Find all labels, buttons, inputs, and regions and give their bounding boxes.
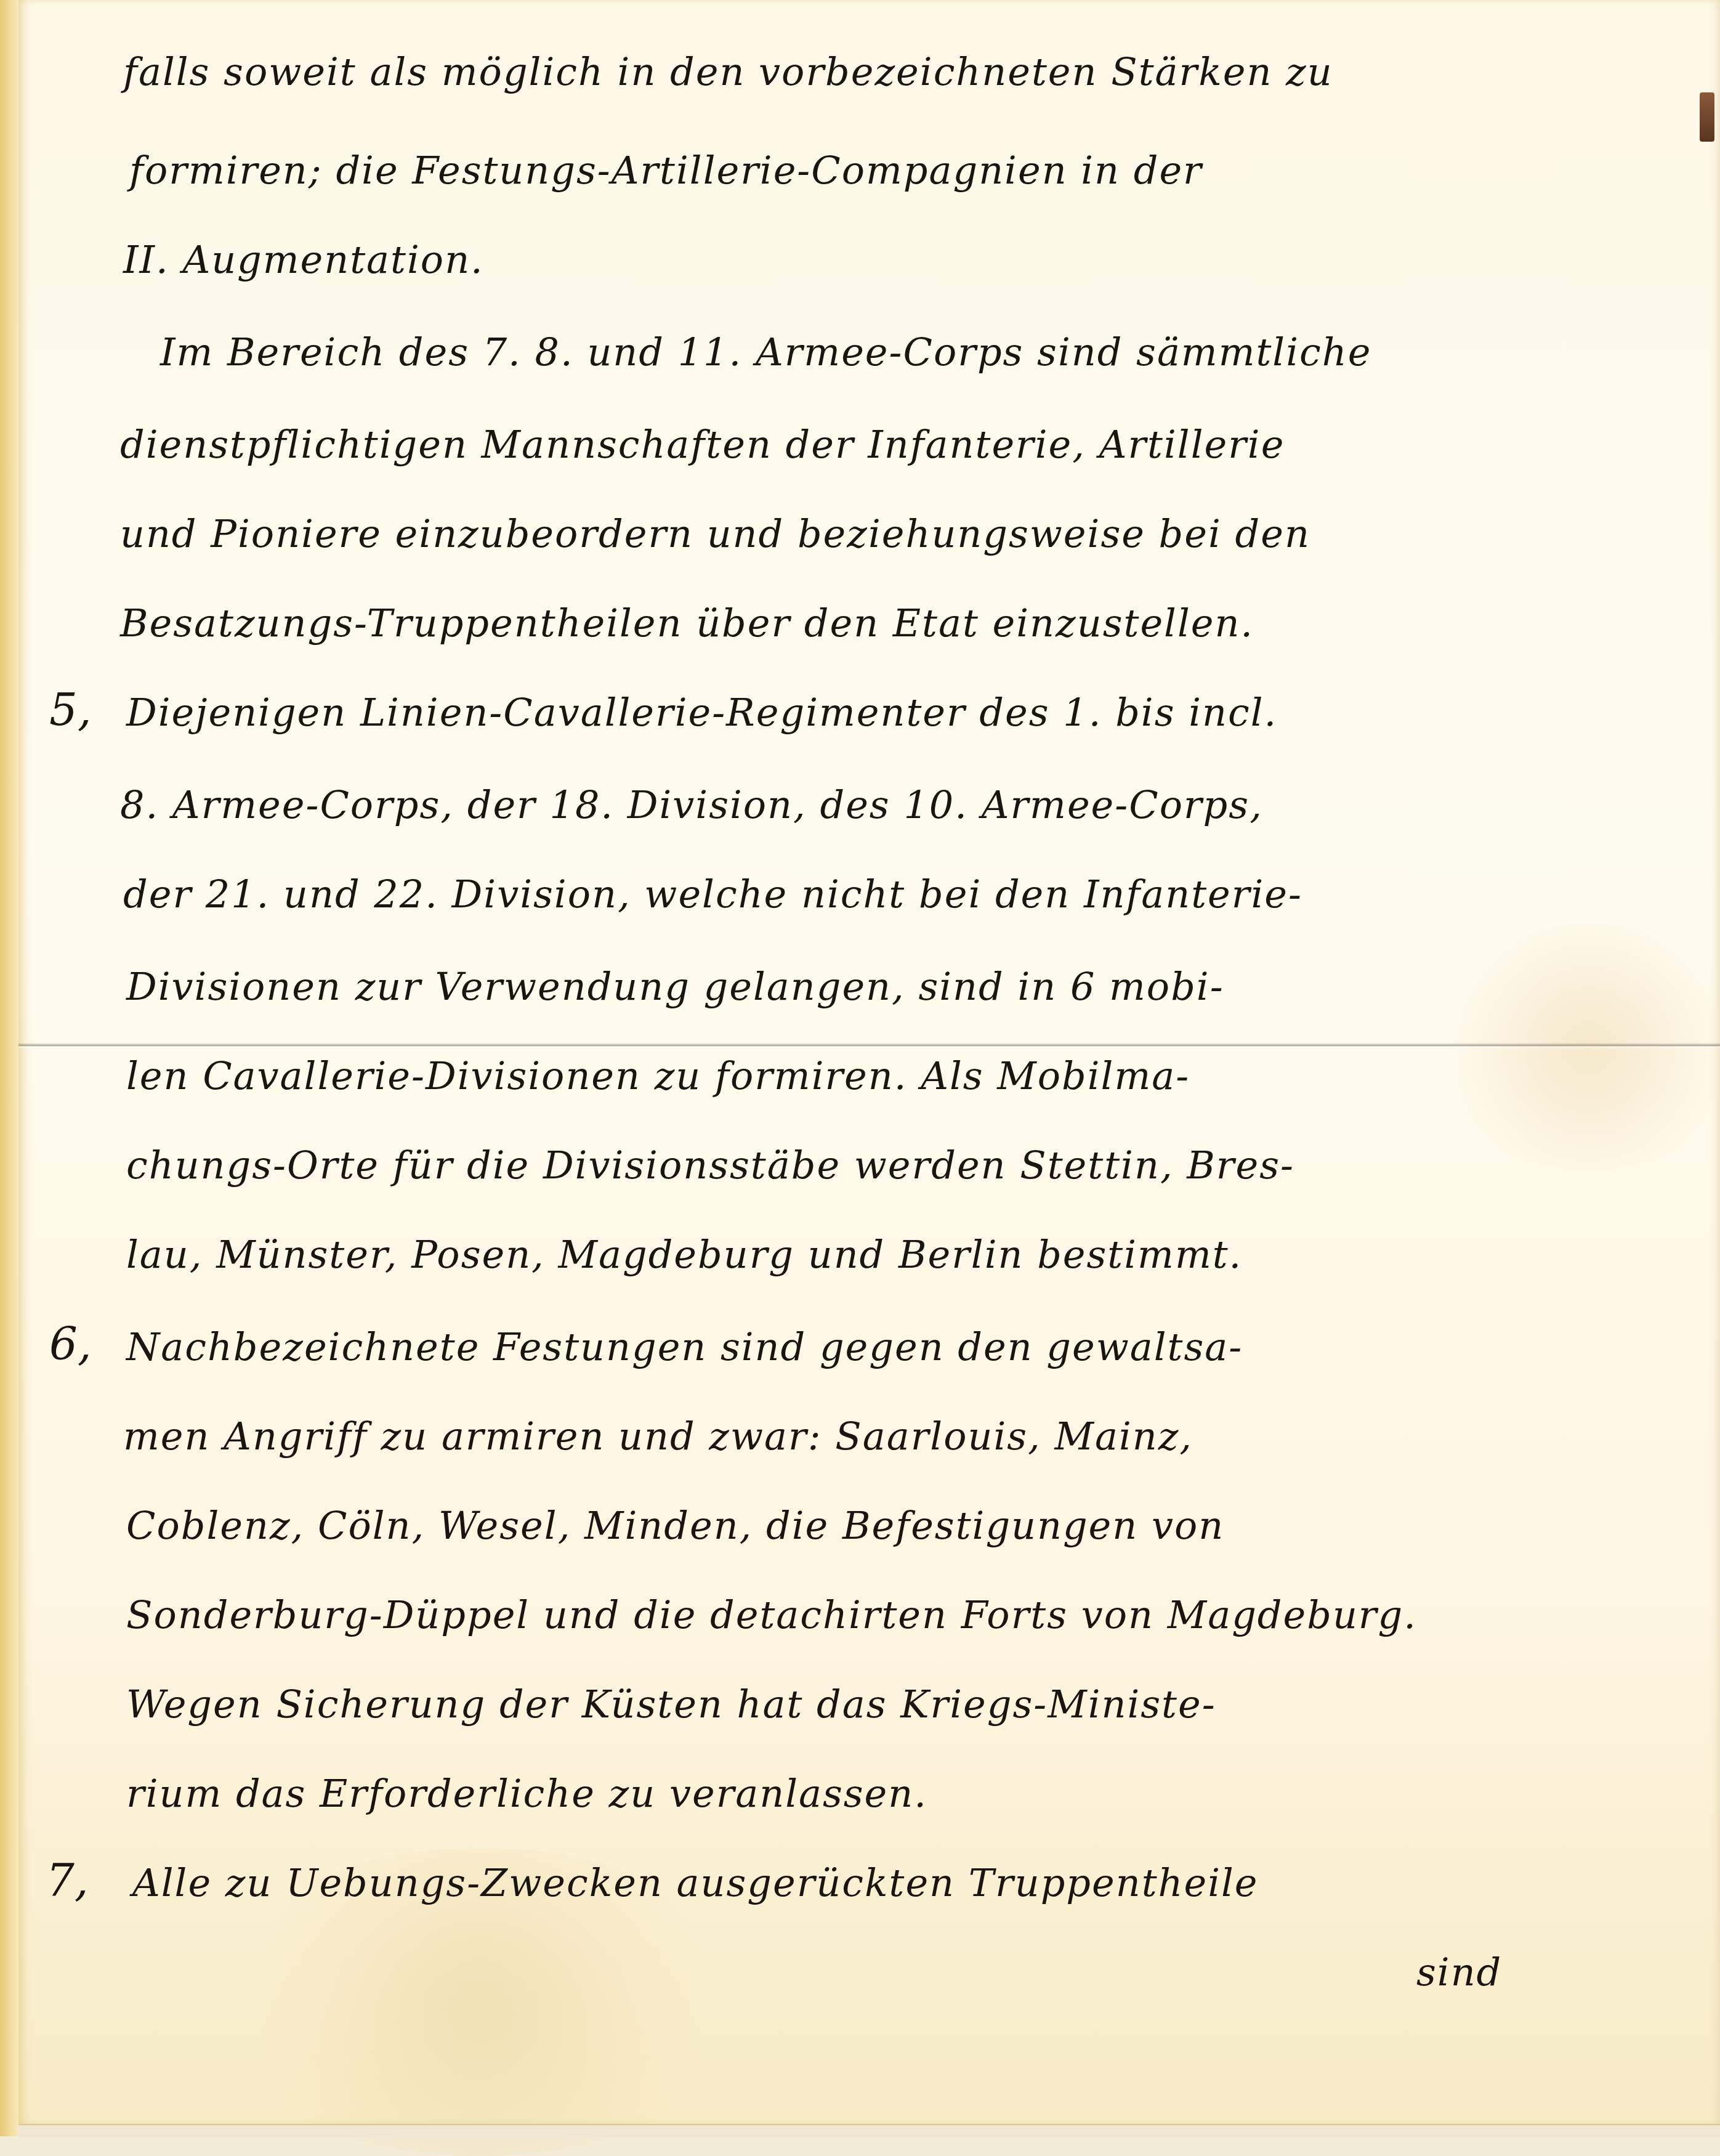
- paper-bottom-edge: [18, 2124, 1720, 2136]
- text-line-15: Nachbezeichnete Festungen sind gegen den…: [126, 1324, 1243, 1369]
- text-line-21: Alle zu Uebungs-Zwecken ausgerückten Tru…: [132, 1860, 1259, 1905]
- text-line-11: Divisionen zur Verwendung gelangen, sind…: [126, 964, 1224, 1009]
- text-line-16: men Angriff zu armiren und zwar: Saarlou…: [123, 1414, 1193, 1459]
- text-line-9: 8. Armee-Corps, der 18. Division, des 10…: [120, 782, 1263, 827]
- text-line-6: und Pioniere einzubeordern und beziehung…: [120, 511, 1310, 556]
- text-line-10: der 21. und 22. Division, welche nicht b…: [123, 872, 1302, 917]
- text-line-4: Im Bereich des 7. 8. und 11. Armee-Corps…: [160, 330, 1371, 375]
- text-line-3: II. Augmentation.: [123, 237, 484, 282]
- text-line-19: Wegen Sicherung der Küsten hat das Krieg…: [126, 1682, 1216, 1727]
- paragraph-number-5: 5,: [49, 684, 92, 736]
- catchword: sind: [1416, 1950, 1502, 1995]
- text-line-1: falls soweit als möglich in den vorbezei…: [123, 49, 1333, 94]
- text-line-8: Diejenigen Linien-Cavallerie-Regimenter …: [126, 690, 1277, 735]
- text-line-7: Besatzungs-Truppentheilen über den Etat …: [120, 601, 1254, 646]
- text-line-20: rium das Erforderliche zu veranlassen.: [126, 1771, 927, 1816]
- text-line-5: dienstpflichtigen Mannschaften der Infan…: [120, 422, 1285, 467]
- text-line-17: Coblenz, Cöln, Wesel, Minden, die Befest…: [126, 1503, 1224, 1548]
- paragraph-number-6: 6,: [49, 1318, 92, 1370]
- paper-fold-line: [18, 1043, 1720, 1049]
- text-line-18: Sonderburg-Düppel und die detachirten Fo…: [126, 1592, 1417, 1637]
- text-line-12: len Cavallerie-Divisionen zu formiren. A…: [126, 1053, 1190, 1098]
- text-line-2: formiren; die Festungs-Artillerie-Compag…: [129, 148, 1203, 193]
- text-line-14: lau, Münster, Posen, Magdeburg und Berli…: [126, 1232, 1242, 1277]
- paragraph-number-7: 7,: [46, 1854, 89, 1906]
- binding-clip: [1700, 92, 1714, 142]
- text-line-13: chungs-Orte für die Divisionsstäbe werde…: [126, 1143, 1294, 1188]
